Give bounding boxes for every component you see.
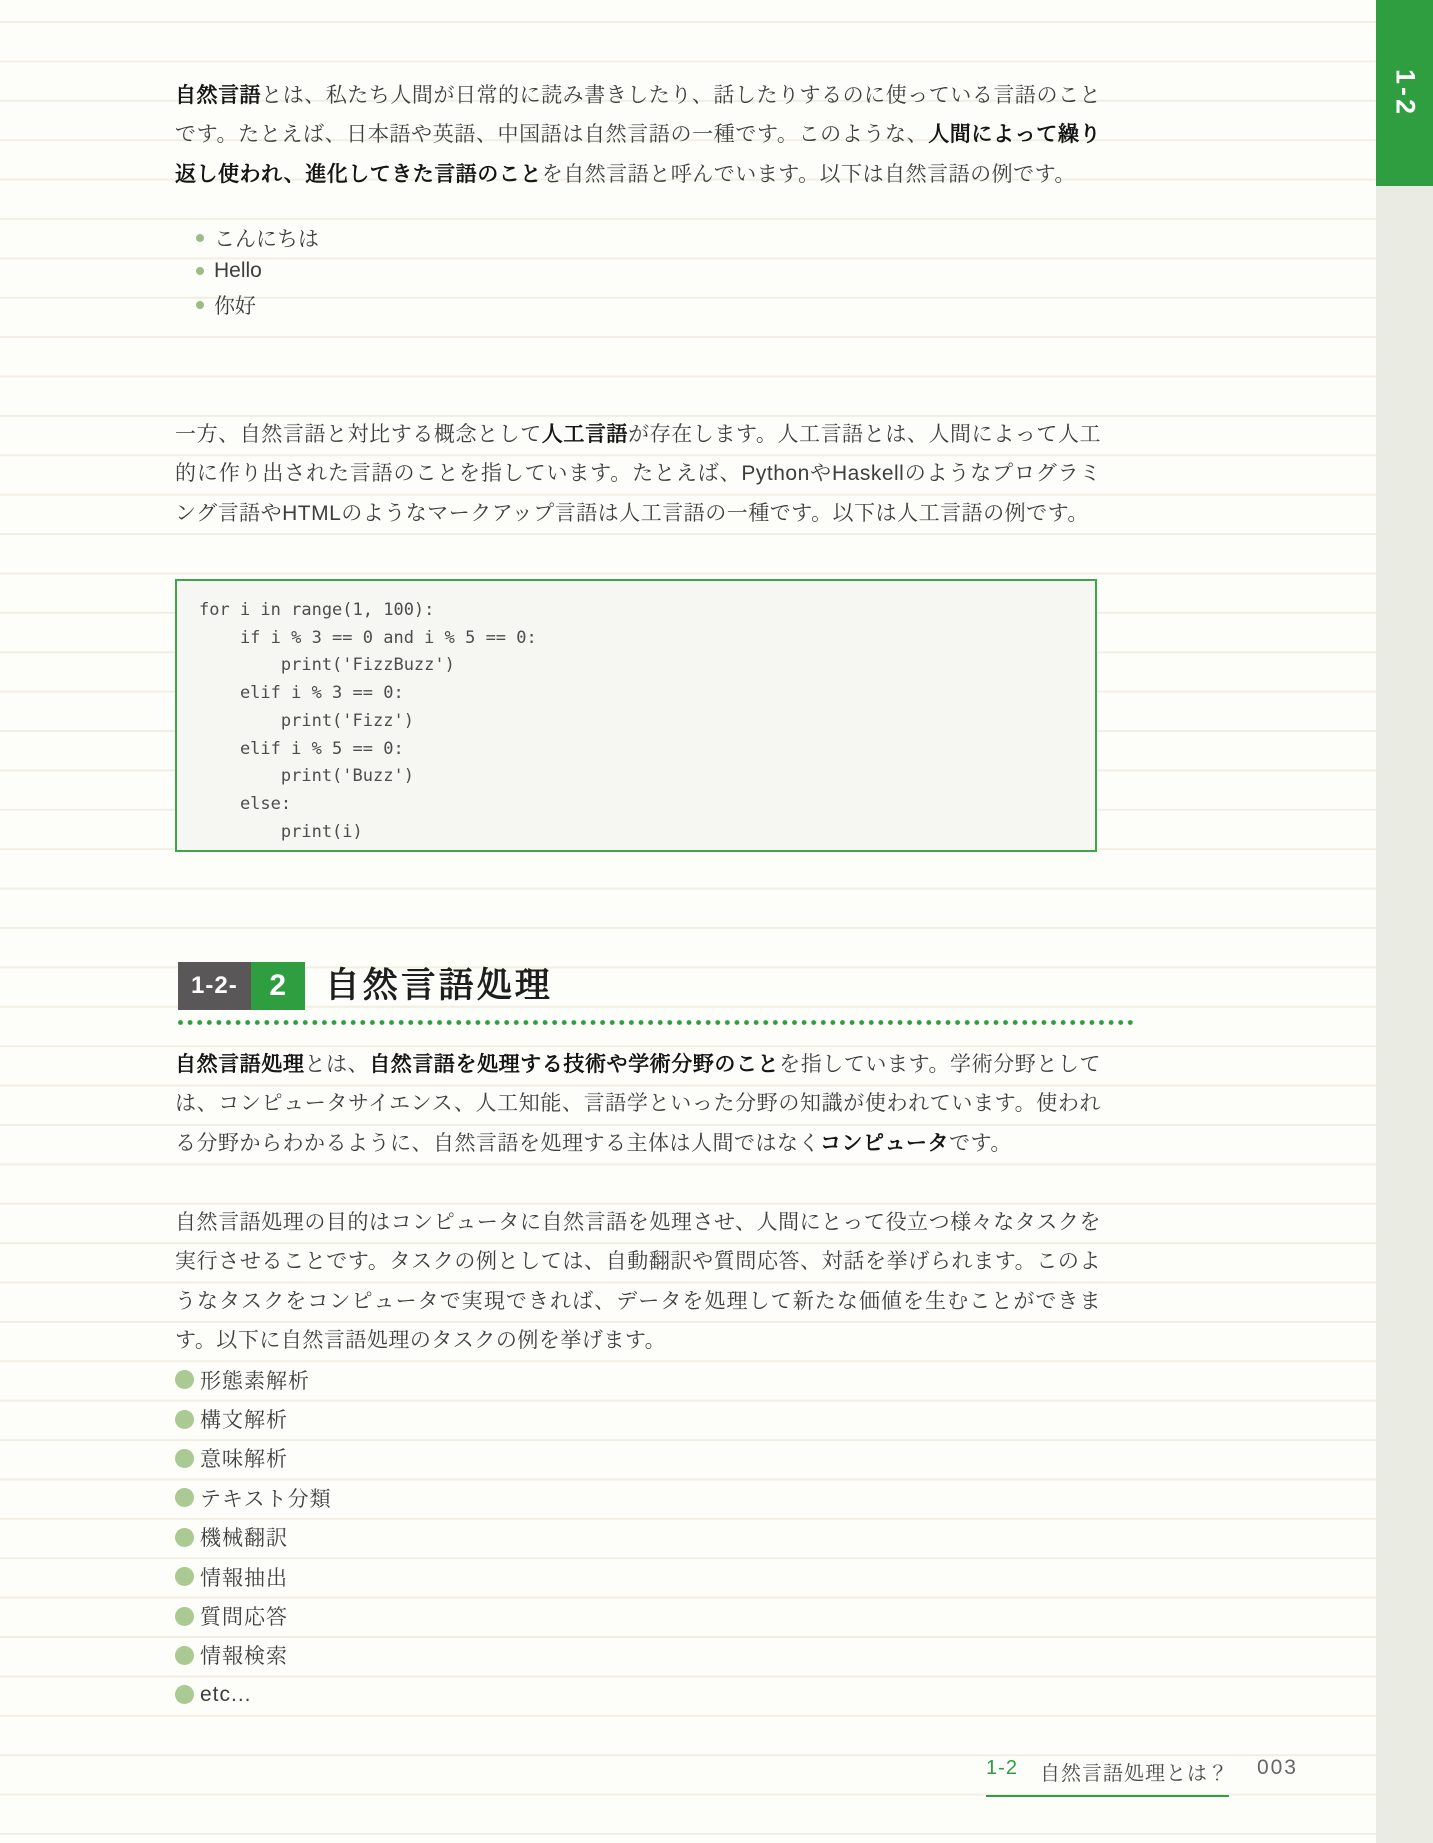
task-item: 形態素解析 [175, 1360, 332, 1399]
page-edge-strip [1376, 0, 1433, 1843]
text-segment: コンピュータ [820, 1132, 949, 1155]
natural-language-examples-list: こんにちはHello你好 [196, 221, 319, 322]
task-item: 機械翻訳 [175, 1518, 332, 1557]
page-footer: 1-2 自然言語処理とは？ 003 [986, 1756, 1298, 1797]
task-item: 構文解析 [175, 1399, 332, 1438]
code-line: else: [199, 791, 1095, 819]
text-segment: 自然言語処理の目的はコンピュータに自然言語を処理させ、人間にとって役立つ様々なタ… [175, 1211, 1101, 1352]
section-paragraph-1: 自然言語処理とは、自然言語を処理する技術や学術分野のことを指しています。学術分野… [175, 1045, 1101, 1163]
section-number-box: 2 [251, 962, 305, 1010]
code-block: for i in range(1, 100): if i % 3 == 0 an… [175, 579, 1097, 852]
code-line: for i in range(1, 100): [199, 597, 1095, 625]
section-header: 1-2- 2 自然言語処理 [178, 962, 553, 1010]
text-segment: 自然言語処理 [175, 1053, 304, 1076]
example-item: Hello [196, 255, 319, 289]
task-item: 意味解析 [175, 1439, 332, 1478]
code-line: elif i % 5 == 0: [199, 736, 1095, 764]
footer-section-link: 1-2 自然言語処理とは？ [986, 1757, 1229, 1797]
footer-page-number: 003 [1257, 1756, 1298, 1780]
code-line: print('Buzz') [199, 763, 1095, 791]
code-line: print(i) [199, 819, 1095, 847]
section-paragraph-2: 自然言語処理の目的はコンピュータに自然言語を処理させ、人間にとって役立つ様々なタ… [175, 1203, 1101, 1361]
intro-paragraph-1: 自然言語とは、私たち人間が日常的に読み書きしたり、話したりするのに使っている言語… [175, 76, 1101, 194]
code-line: if i % 3 == 0 and i % 5 == 0: [199, 625, 1095, 653]
text-segment: とは、 [304, 1053, 369, 1076]
task-item: テキスト分類 [175, 1478, 332, 1517]
book-page: 1-2 自然言語とは、私たち人間が日常的に読み書きしたり、話したりするのに使って… [0, 0, 1433, 1843]
text-segment: です。 [949, 1132, 1012, 1155]
task-item: 情報抽出 [175, 1557, 332, 1596]
text-segment: 一方、自然言語と対比する概念として [175, 423, 542, 446]
section-title: 自然言語処理 [325, 962, 553, 1010]
footer-section-label: 1-2 [986, 1757, 1018, 1786]
chapter-label-box: 1-2- [178, 962, 251, 1010]
footer-section-title: 自然言語処理とは？ [1040, 1757, 1229, 1786]
text-segment: 自然言語 [175, 84, 261, 107]
task-item: 質問応答 [175, 1596, 332, 1635]
nlp-task-list: 形態素解析構文解析意味解析テキスト分類機械翻訳情報抽出質問応答情報検索etc..… [175, 1360, 332, 1715]
code-line: elif i % 3 == 0: [199, 680, 1095, 708]
task-item: 情報検索 [175, 1636, 332, 1675]
task-item: etc... [175, 1675, 332, 1714]
example-item: 你好 [196, 288, 319, 322]
chapter-tab-label: 1-2 [1389, 69, 1420, 117]
example-item: こんにちは [196, 221, 319, 255]
dotted-rule [178, 1020, 1135, 1025]
text-segment: を自然言語と呼んでいます。以下は自然言語の例です。 [542, 163, 1076, 186]
text-segment: 人工言語 [542, 423, 628, 446]
code-line: print('Fizz') [199, 708, 1095, 736]
intro-paragraph-2: 一方、自然言語と対比する概念として人工言語が存在します。人工言語とは、人間によっ… [175, 415, 1101, 533]
text-segment: 自然言語を処理する技術や学術分野のこと [369, 1053, 779, 1076]
chapter-tab: 1-2 [1376, 0, 1433, 186]
code-line: print('FizzBuzz') [199, 652, 1095, 680]
